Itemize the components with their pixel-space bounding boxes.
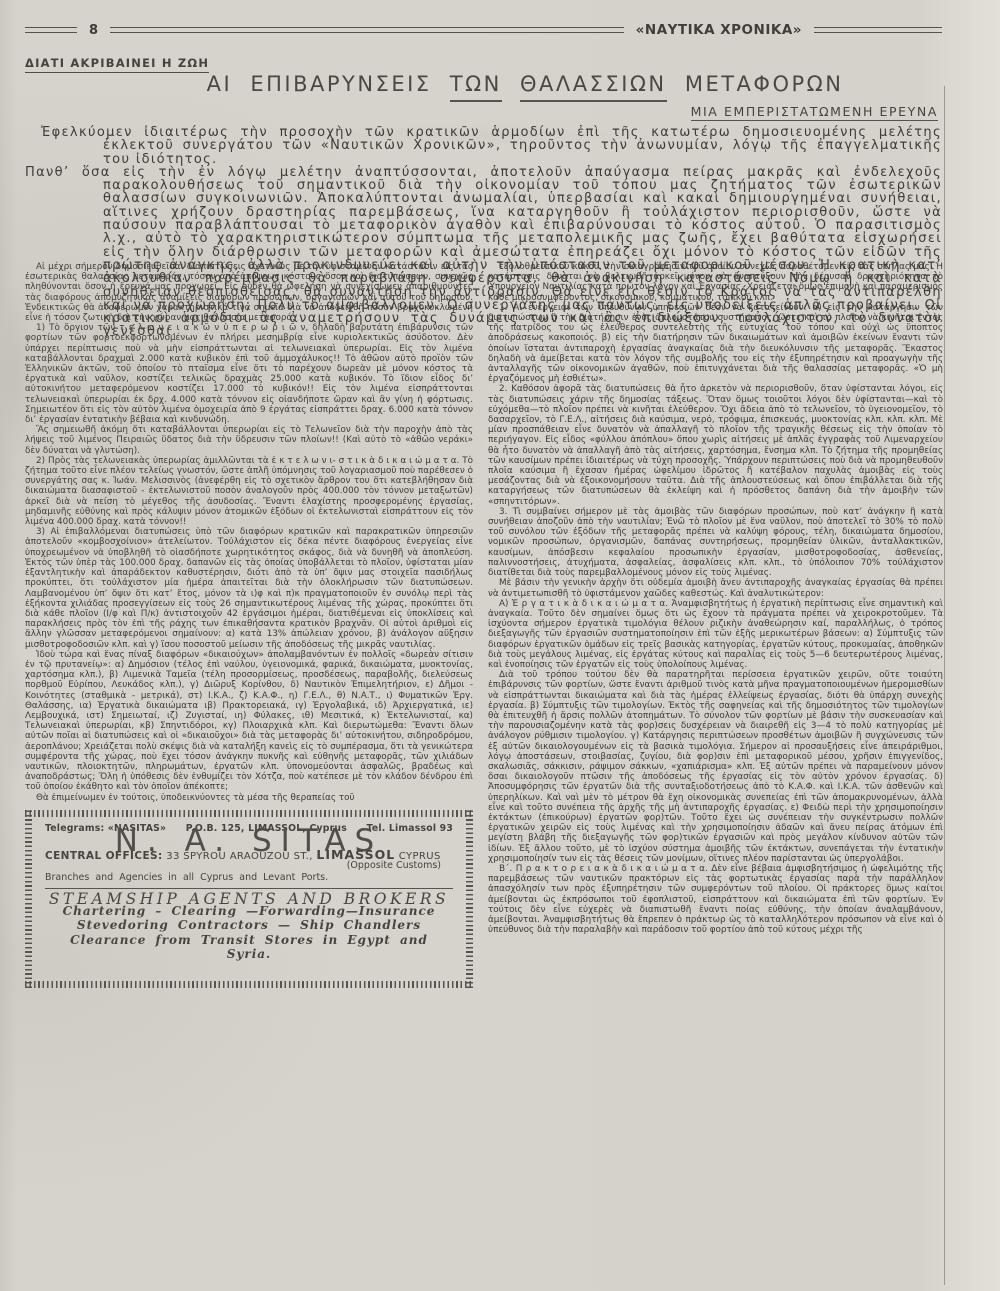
headline-part: ΜΕΤΑΦΟΡΩΝ	[685, 72, 844, 96]
article-paragraph: Αἱ μέχρι σήμερον δημοσιευθεῖσαι διαπιστώ…	[25, 262, 473, 323]
article-paragraph: 2. Καθόσον ἀφορᾶ τὰς διατυπώσεις θὰ ἦτο …	[488, 384, 943, 506]
intro-paragraph: Ἐφελκύομεν ἰδιαιτέρως τὴν προσοχὴν τῶν κ…	[25, 126, 942, 166]
article-paragraph: ἐξολοθρευτικοῦ κακοῦ, τὴν σκιαγράφησιν τ…	[488, 262, 943, 303]
article-paragraph: Ἰδοὺ τώρα καὶ ἕνας πίναξ διαφόρων «δικαι…	[25, 650, 473, 793]
ad-border-right	[466, 810, 473, 988]
article-headline: ΑΙ ΕΠΙΒΑΡΥΝΣΕΙΣ ΤΩΝ ΘΑΛΑΣΣΙΩΝ ΜΕΤΑΦΟΡΩΝ	[120, 72, 930, 96]
page-number: 8	[89, 23, 98, 38]
article-paragraph: 3. Τὶ συμβαίνει σήμερον μὲ τὰς ἀμοιβὰς τ…	[488, 507, 943, 578]
headline-part: ΑΙ ΕΠΙΒΑΡΥΝΣΕΙΣ	[207, 72, 432, 96]
article-paragraph: Α) Ἐ ρ γ α τ ι κ ὰ δ ι κ α ι ώ μ α τ α. …	[488, 599, 943, 670]
masthead-title: «ΝΑΥΤΙΚΑ ΧΡΟΝΙΚΑ»	[636, 22, 802, 38]
article-paragraph: Ἂς σημειωθῆ ἀκόμη ὅτι καταβάλλονται ὑπερ…	[25, 425, 473, 456]
right-column: ἐξολοθρευτικοῦ κακοῦ, τὴν σκιαγράφησιν τ…	[488, 262, 943, 988]
ad-tagline: STEAMSHIP AGENTS AND BROKERS	[45, 894, 453, 904]
ad-company-name: N. A. SITAS	[45, 836, 453, 846]
header-rule-right	[814, 27, 942, 33]
article-paragraph: Μὲ βάσιν τὴν γενικὴν ἀρχὴν ὅτι οὐδεμία ἀ…	[488, 578, 943, 598]
ad-services-line: Clearance from Transit Stores in Egypt a…	[45, 933, 453, 962]
article-paragraph: Θὰ ἐπιμείνωμεν ἐν τούτοις, ὑποδεικνύοντε…	[25, 793, 473, 803]
ad-divider	[45, 888, 453, 889]
header-rule-left	[25, 27, 77, 33]
article-paragraph: 1. Αἱ ἐνέργειαι τῶν ὑπευθύνων ὑπηρεσιῶν …	[488, 303, 943, 385]
page-edge-rule	[944, 86, 945, 1285]
sitas-advertisement: Telegrams: «NASITAS» P.O.B. 125, LIMASSO…	[25, 810, 473, 988]
ad-branches-line: Branches and Agencies in all Cyprus and …	[45, 873, 453, 883]
ad-services-line: Chartering – Clearing —Forwarding—Insura…	[45, 904, 453, 919]
ad-opposite-customs: (Opposite Customs)	[45, 861, 441, 871]
ad-border-top	[25, 810, 473, 817]
left-column: Αἱ μέχρι σήμερον δημοσιευθεῖσαι διαπιστώ…	[25, 262, 473, 988]
magazine-page: 8 «ΝΑΥΤΙΚΑ ΧΡΟΝΙΚΑ» ΔΙΑΤΙ ΑΚΡΙΒΑΙΝΕΙ Η Ζ…	[0, 0, 1000, 1291]
ad-offices-address: 33 SPYROU ARAOUZOU ST.,	[166, 851, 313, 862]
ad-border-left	[25, 810, 32, 988]
article-kicker: ΔΙΑΤΙ ΑΚΡΙΒΑΙΝΕΙ Η ΖΩΗ	[25, 56, 209, 73]
headline-part-underlined: ΘΑΛΑΣΣΙΩΝ	[520, 72, 667, 102]
header-rule-middle	[110, 27, 624, 33]
article-paragraph: Διὰ τοῦ τρόπου τούτου δὲν θὰ παρατηρῆται…	[488, 670, 943, 864]
ad-services-line: Stevedoring Contractors — Ship Chandlers	[45, 918, 453, 933]
headline-part-underlined: ΤΩΝ	[450, 72, 502, 102]
article-paragraph: 1) Τὸ ὄργιον τῶν τ ε λ ω ν ε ι α κ ῶ ν ὑ…	[25, 323, 473, 425]
ad-offices-label: CENTRAL OFFICES:	[45, 850, 163, 862]
ad-border-bottom	[25, 981, 473, 988]
article-paragraph: 3) Αἱ ἐπιβαλλόμεναι διατυπώσεις ὑπὸ τῶν …	[25, 527, 473, 649]
page-header: 8 «ΝΑΥΤΙΚΑ ΧΡΟΝΙΚΑ»	[25, 22, 942, 38]
article-body: Αἱ μέχρι σήμερον δημοσιευθεῖσαι διαπιστώ…	[25, 262, 943, 988]
article-paragraph: 2) Πρὸς τὰς τελωνειακὰς ὑπερωρίας ἁμιλλῶ…	[25, 456, 473, 527]
article-subtitle: ΜΙΑ ΕΜΠΕΡΙΣΤΑΤΩΜΕΝΗ ΕΡΕΥΝΑ	[691, 104, 938, 121]
article-paragraph: Β΄. Π ρ α κ τ ο ρ ε ι α κ ὰ δ ι κ α ι ώ …	[488, 864, 943, 935]
